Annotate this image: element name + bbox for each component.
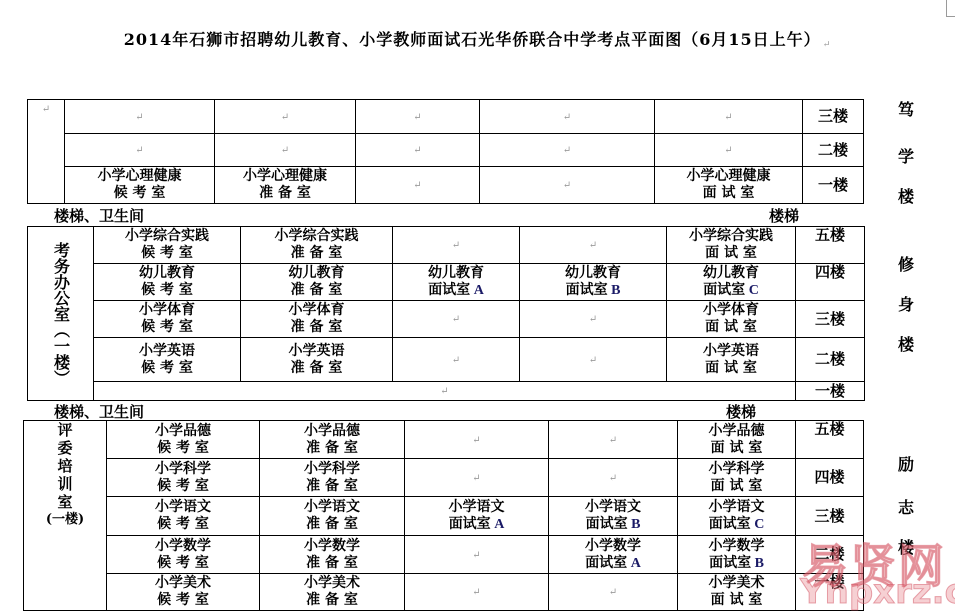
room-cell: ↵ (655, 134, 803, 167)
room-subject: 小学英语 (667, 343, 795, 360)
room-cell: ↵ (215, 134, 356, 167)
room-cell: 小学美术候 考 室 (107, 574, 260, 611)
room-type: 候 考 室 (65, 185, 214, 202)
room-subject: 小学综合实践 (667, 228, 795, 245)
paragraph-mark-icon: ↵ (42, 104, 50, 115)
ground-floor-empty-cell: ↵ (94, 382, 796, 401)
judge-training-room-cell: 评 委 培 训 室 (一楼) (24, 421, 107, 611)
paragraph-mark-icon: ↵ (609, 435, 617, 446)
room-type: 面试室 B (678, 555, 795, 572)
room-subject: 小学数学 (107, 538, 259, 555)
room-subject: 幼儿教育 (520, 265, 666, 282)
room-subject: 幼儿教育 (94, 265, 240, 282)
room-cell: 小学体育面 试 室 (667, 301, 796, 338)
paragraph-mark-icon: ↵ (563, 145, 571, 156)
room-cell: ↵ (356, 100, 480, 134)
room-type: 面试室 A (405, 516, 548, 533)
paragraph-mark-icon: ↵ (563, 112, 571, 123)
paragraph-mark-icon: ↵ (472, 550, 480, 561)
room-subject: 小学品德 (678, 423, 795, 440)
room-cell: 小学科学准 备 室 (260, 459, 405, 497)
room-subject: 小学品德 (260, 423, 404, 440)
side-label-char: 训 (24, 475, 106, 493)
floor-label: 二楼 (796, 338, 865, 382)
room-subject: 小学科学 (678, 461, 795, 478)
room-type: 准 备 室 (241, 360, 392, 377)
xiushen-building-table: 考务办公室（一楼） 小学综合实践候 考 室 小学综合实践准 备 室 ↵ ↵ 小学… (27, 226, 865, 401)
room-letter: C (751, 517, 765, 532)
room-cell: 小学英语候 考 室 (94, 338, 241, 382)
paragraph-mark-icon: ↵ (452, 240, 460, 251)
room-subject: 小学心理健康 (215, 168, 355, 185)
room-cell: ↵ (405, 459, 549, 497)
room-type: 准 备 室 (241, 282, 392, 299)
paragraph-mark-icon: ↵ (440, 386, 448, 397)
room-cell: 小学语文面试室 C (678, 497, 796, 536)
room-type: 候 考 室 (107, 555, 259, 572)
stairs-restroom-label: 楼梯、卫生间 (54, 205, 144, 226)
room-type: 面试室 B (549, 516, 677, 533)
title-text: 2014年石狮市招聘幼儿教育、小学教师面试石光华侨联合中学考点平面图（6月15日… (124, 30, 821, 49)
room-type: 面试室 A (393, 282, 519, 299)
room-subject: 小学体育 (241, 302, 392, 319)
room-type: 候 考 室 (94, 319, 240, 336)
floor-label: 一楼 (796, 574, 864, 611)
room-type: 面试室 A (549, 555, 677, 572)
paragraph-mark-icon: ↵ (563, 180, 571, 191)
paragraph-mark-icon: ↵ (589, 240, 597, 251)
room-type: 候 考 室 (94, 245, 240, 262)
floor-label: 二楼 (796, 536, 864, 574)
room-type: 候 考 室 (107, 440, 259, 457)
room-cell: 小学科学候 考 室 (107, 459, 260, 497)
room-type: 候 考 室 (107, 592, 259, 609)
room-subject: 小学美术 (678, 575, 795, 592)
room-cell: 小学英语准 备 室 (241, 338, 393, 382)
room-cell: 小学综合实践候 考 室 (94, 227, 241, 264)
room-type: 准 备 室 (241, 245, 392, 262)
room-type: 面试室 C (678, 516, 795, 533)
floor-label: 四楼 (796, 264, 865, 301)
room-cell: 小学美术准 备 室 (260, 574, 405, 611)
room-type: 面试室 C (667, 282, 795, 299)
building-name-lizhi: 励 志 楼 (894, 452, 918, 558)
room-cell: 小学体育候 考 室 (94, 301, 241, 338)
room-letter: C (745, 283, 759, 298)
room-cell: 幼儿教育面试室 B (520, 264, 667, 301)
stairs-restroom-label: 楼梯、卫生间 (54, 401, 144, 422)
room-subject: 小学语文 (549, 499, 677, 516)
room-subject: 小学语文 (405, 499, 548, 516)
page-corner-mark (946, 0, 955, 17)
room-subject: 小学科学 (107, 461, 259, 478)
room-subject: 小学数学 (260, 538, 404, 555)
room-cell: 幼儿教育候 考 室 (94, 264, 241, 301)
paragraph-mark-icon: ↵ (472, 587, 480, 598)
room-cell: ↵ (356, 167, 480, 204)
paragraph-mark-icon: ↵ (724, 112, 732, 123)
room-subject: 小学语文 (260, 499, 404, 516)
dushu-building-table: ↵ ↵ ↵ ↵ ↵ ↵ 三楼 ↵ ↵ ↵ ↵ ↵ 二楼 小学心理健康候 考 室 … (27, 99, 864, 204)
room-subject: 小学数学 (678, 538, 795, 555)
room-cell: ↵ (215, 100, 356, 134)
document-title: 2014年石狮市招聘幼儿教育、小学教师面试石光华侨联合中学考点平面图（6月15日… (0, 27, 955, 50)
building-name-xiushen: 修 身 楼 (894, 252, 918, 355)
paragraph-mark-icon: ↵ (472, 435, 480, 446)
side-label-char: 委 (24, 439, 106, 457)
room-cell: ↵ (480, 134, 655, 167)
room-type: 候 考 室 (94, 360, 240, 377)
room-letter: B (751, 556, 764, 571)
floor-label: 五楼 (796, 421, 864, 459)
room-subject: 小学英语 (94, 343, 240, 360)
room-type: 准 备 室 (215, 185, 355, 202)
floor-label: 四楼 (796, 459, 864, 497)
room-cell: ↵ (405, 574, 549, 611)
side-label-char: 培 (24, 457, 106, 475)
room-cell: ↵ (65, 134, 215, 167)
room-cell: ↵ (393, 301, 520, 338)
room-cell: 小学语文候 考 室 (107, 497, 260, 536)
dushu-side-cell: ↵ (28, 100, 65, 204)
room-cell: ↵ (393, 227, 520, 264)
room-type: 面 试 室 (678, 440, 795, 457)
room-cell: ↵ (393, 338, 520, 382)
room-cell: ↵ (65, 100, 215, 134)
room-cell: ↵ (520, 338, 667, 382)
building-name-char: 修 (894, 252, 918, 292)
room-cell: 小学品德候 考 室 (107, 421, 260, 459)
paragraph-mark-icon: ↵ (589, 314, 597, 325)
floor-label: 二楼 (803, 134, 864, 167)
room-subject: 幼儿教育 (241, 265, 392, 282)
side-label-char: 评 (24, 421, 106, 439)
room-cell: 小学品德面 试 室 (678, 421, 796, 459)
exam-office-label: 考务办公室（一楼） (52, 239, 70, 389)
room-cell: 小学语文面试室 B (549, 497, 678, 536)
room-subject: 小学品德 (107, 423, 259, 440)
floor-label: 三楼 (796, 301, 865, 338)
room-subject: 小学数学 (549, 538, 677, 555)
building-name-char: 身 (894, 292, 918, 332)
room-letter: B (608, 283, 621, 298)
paragraph-mark-icon: ↵ (823, 40, 832, 50)
room-subject: 小学体育 (94, 302, 240, 319)
room-type: 面 试 室 (678, 592, 795, 609)
floor-label: 一楼 (796, 382, 865, 401)
room-cell: ↵ (356, 134, 480, 167)
paragraph-mark-icon: ↵ (452, 314, 460, 325)
room-letter: A (627, 556, 641, 571)
room-cell: 小学品德准 备 室 (260, 421, 405, 459)
room-type: 准 备 室 (260, 440, 404, 457)
floor-label: 三楼 (796, 497, 864, 536)
room-cell: 小学体育准 备 室 (241, 301, 393, 338)
room-cell: 小学数学面试室 A (549, 536, 678, 574)
room-type: 准 备 室 (260, 478, 404, 495)
side-label-char: 室 (24, 493, 106, 511)
room-subject: 幼儿教育 (393, 265, 519, 282)
paragraph-mark-icon: ↵ (589, 355, 597, 366)
floor-label: 一楼 (803, 167, 864, 204)
room-subject: 小学英语 (241, 343, 392, 360)
paragraph-mark-icon: ↵ (135, 145, 143, 156)
room-type: 面 试 室 (667, 319, 795, 336)
room-cell: ↵ (405, 421, 549, 459)
room-cell: 小学美术面 试 室 (678, 574, 796, 611)
building-name-char: 学 (894, 144, 918, 184)
floor-label: 三楼 (803, 100, 864, 134)
lizhi-building-table: 评 委 培 训 室 (一楼) 小学品德候 考 室 小学品德准 备 室 ↵ ↵ 小… (23, 420, 864, 611)
paragraph-mark-icon: ↵ (413, 145, 421, 156)
room-subject: 小学心理健康 (65, 168, 214, 185)
room-letter: A (491, 517, 505, 532)
room-letter: B (628, 517, 641, 532)
room-cell: 小学心理健康候 考 室 (65, 167, 215, 204)
room-subject: 小学心理健康 (655, 168, 802, 185)
room-cell: ↵ (520, 227, 667, 264)
paragraph-mark-icon: ↵ (472, 473, 480, 484)
room-type: 面 试 室 (678, 478, 795, 495)
paragraph-mark-icon: ↵ (413, 180, 421, 191)
room-cell: 小学科学面 试 室 (678, 459, 796, 497)
room-subject: 小学语文 (107, 499, 259, 516)
stairs-label: 楼梯 (726, 401, 756, 422)
paragraph-mark-icon: ↵ (609, 587, 617, 598)
room-letter: A (470, 283, 484, 298)
room-cell: ↵ (549, 421, 678, 459)
room-cell: 小学综合实践准 备 室 (241, 227, 393, 264)
room-subject: 小学美术 (107, 575, 259, 592)
building-name-char: 笃 (894, 97, 918, 144)
room-cell: ↵ (520, 301, 667, 338)
stairs-label: 楼梯 (769, 205, 799, 226)
room-cell: 小学心理健康面 试 室 (655, 167, 803, 204)
room-type: 准 备 室 (260, 592, 404, 609)
room-subject: 小学科学 (260, 461, 404, 478)
room-subject: 小学美术 (260, 575, 404, 592)
paragraph-mark-icon: ↵ (135, 112, 143, 123)
paragraph-mark-icon: ↵ (452, 355, 460, 366)
room-type: 面 试 室 (667, 360, 795, 377)
paragraph-mark-icon: ↵ (281, 145, 289, 156)
room-cell: 小学英语面 试 室 (667, 338, 796, 382)
room-cell: ↵ (480, 100, 655, 134)
paragraph-mark-icon: ↵ (724, 145, 732, 156)
room-cell: ↵ (480, 167, 655, 204)
building-name-char: 楼 (894, 332, 918, 355)
room-type: 准 备 室 (241, 319, 392, 336)
room-cell: ↵ (549, 459, 678, 497)
room-subject: 小学综合实践 (241, 228, 392, 245)
room-subject: 小学语文 (678, 499, 795, 516)
building-name-char: 励 (894, 452, 918, 495)
room-type: 面 试 室 (655, 185, 802, 202)
room-cell: ↵ (655, 100, 803, 134)
building-name-char: 楼 (894, 184, 918, 207)
room-cell: 小学语文面试室 A (405, 497, 549, 536)
exam-office-cell: 考务办公室（一楼） (28, 227, 94, 401)
room-type: 候 考 室 (94, 282, 240, 299)
building-name-dushu: 笃 学 楼 (894, 97, 918, 207)
paragraph-mark-icon: ↵ (609, 473, 617, 484)
floor-label: 五楼 (796, 227, 865, 264)
room-cell: 幼儿教育准 备 室 (241, 264, 393, 301)
room-type: 候 考 室 (107, 478, 259, 495)
paragraph-mark-icon: ↵ (281, 112, 289, 123)
room-cell: 小学数学准 备 室 (260, 536, 405, 574)
room-type: 面 试 室 (667, 245, 795, 262)
paragraph-mark-icon: ↵ (413, 112, 421, 123)
room-type: 面试室 B (520, 282, 666, 299)
room-cell: 幼儿教育面试室 C (667, 264, 796, 301)
building-name-char: 志 (894, 495, 918, 535)
room-cell: 小学数学候 考 室 (107, 536, 260, 574)
room-cell: 小学数学面试室 B (678, 536, 796, 574)
room-cell: ↵ (549, 574, 678, 611)
room-subject: 幼儿教育 (667, 265, 795, 282)
room-type: 准 备 室 (260, 555, 404, 572)
room-subject: 小学体育 (667, 302, 795, 319)
room-cell: 小学语文准 备 室 (260, 497, 405, 536)
room-type: 候 考 室 (107, 516, 259, 533)
room-cell: ↵ (405, 536, 549, 574)
building-name-char: 楼 (894, 535, 918, 558)
room-cell: 小学综合实践面 试 室 (667, 227, 796, 264)
room-type: 准 备 室 (260, 516, 404, 533)
side-label-floor: (一楼) (24, 511, 106, 529)
room-cell: 小学心理健康准 备 室 (215, 167, 356, 204)
room-cell: 幼儿教育面试室 A (393, 264, 520, 301)
room-subject: 小学综合实践 (94, 228, 240, 245)
